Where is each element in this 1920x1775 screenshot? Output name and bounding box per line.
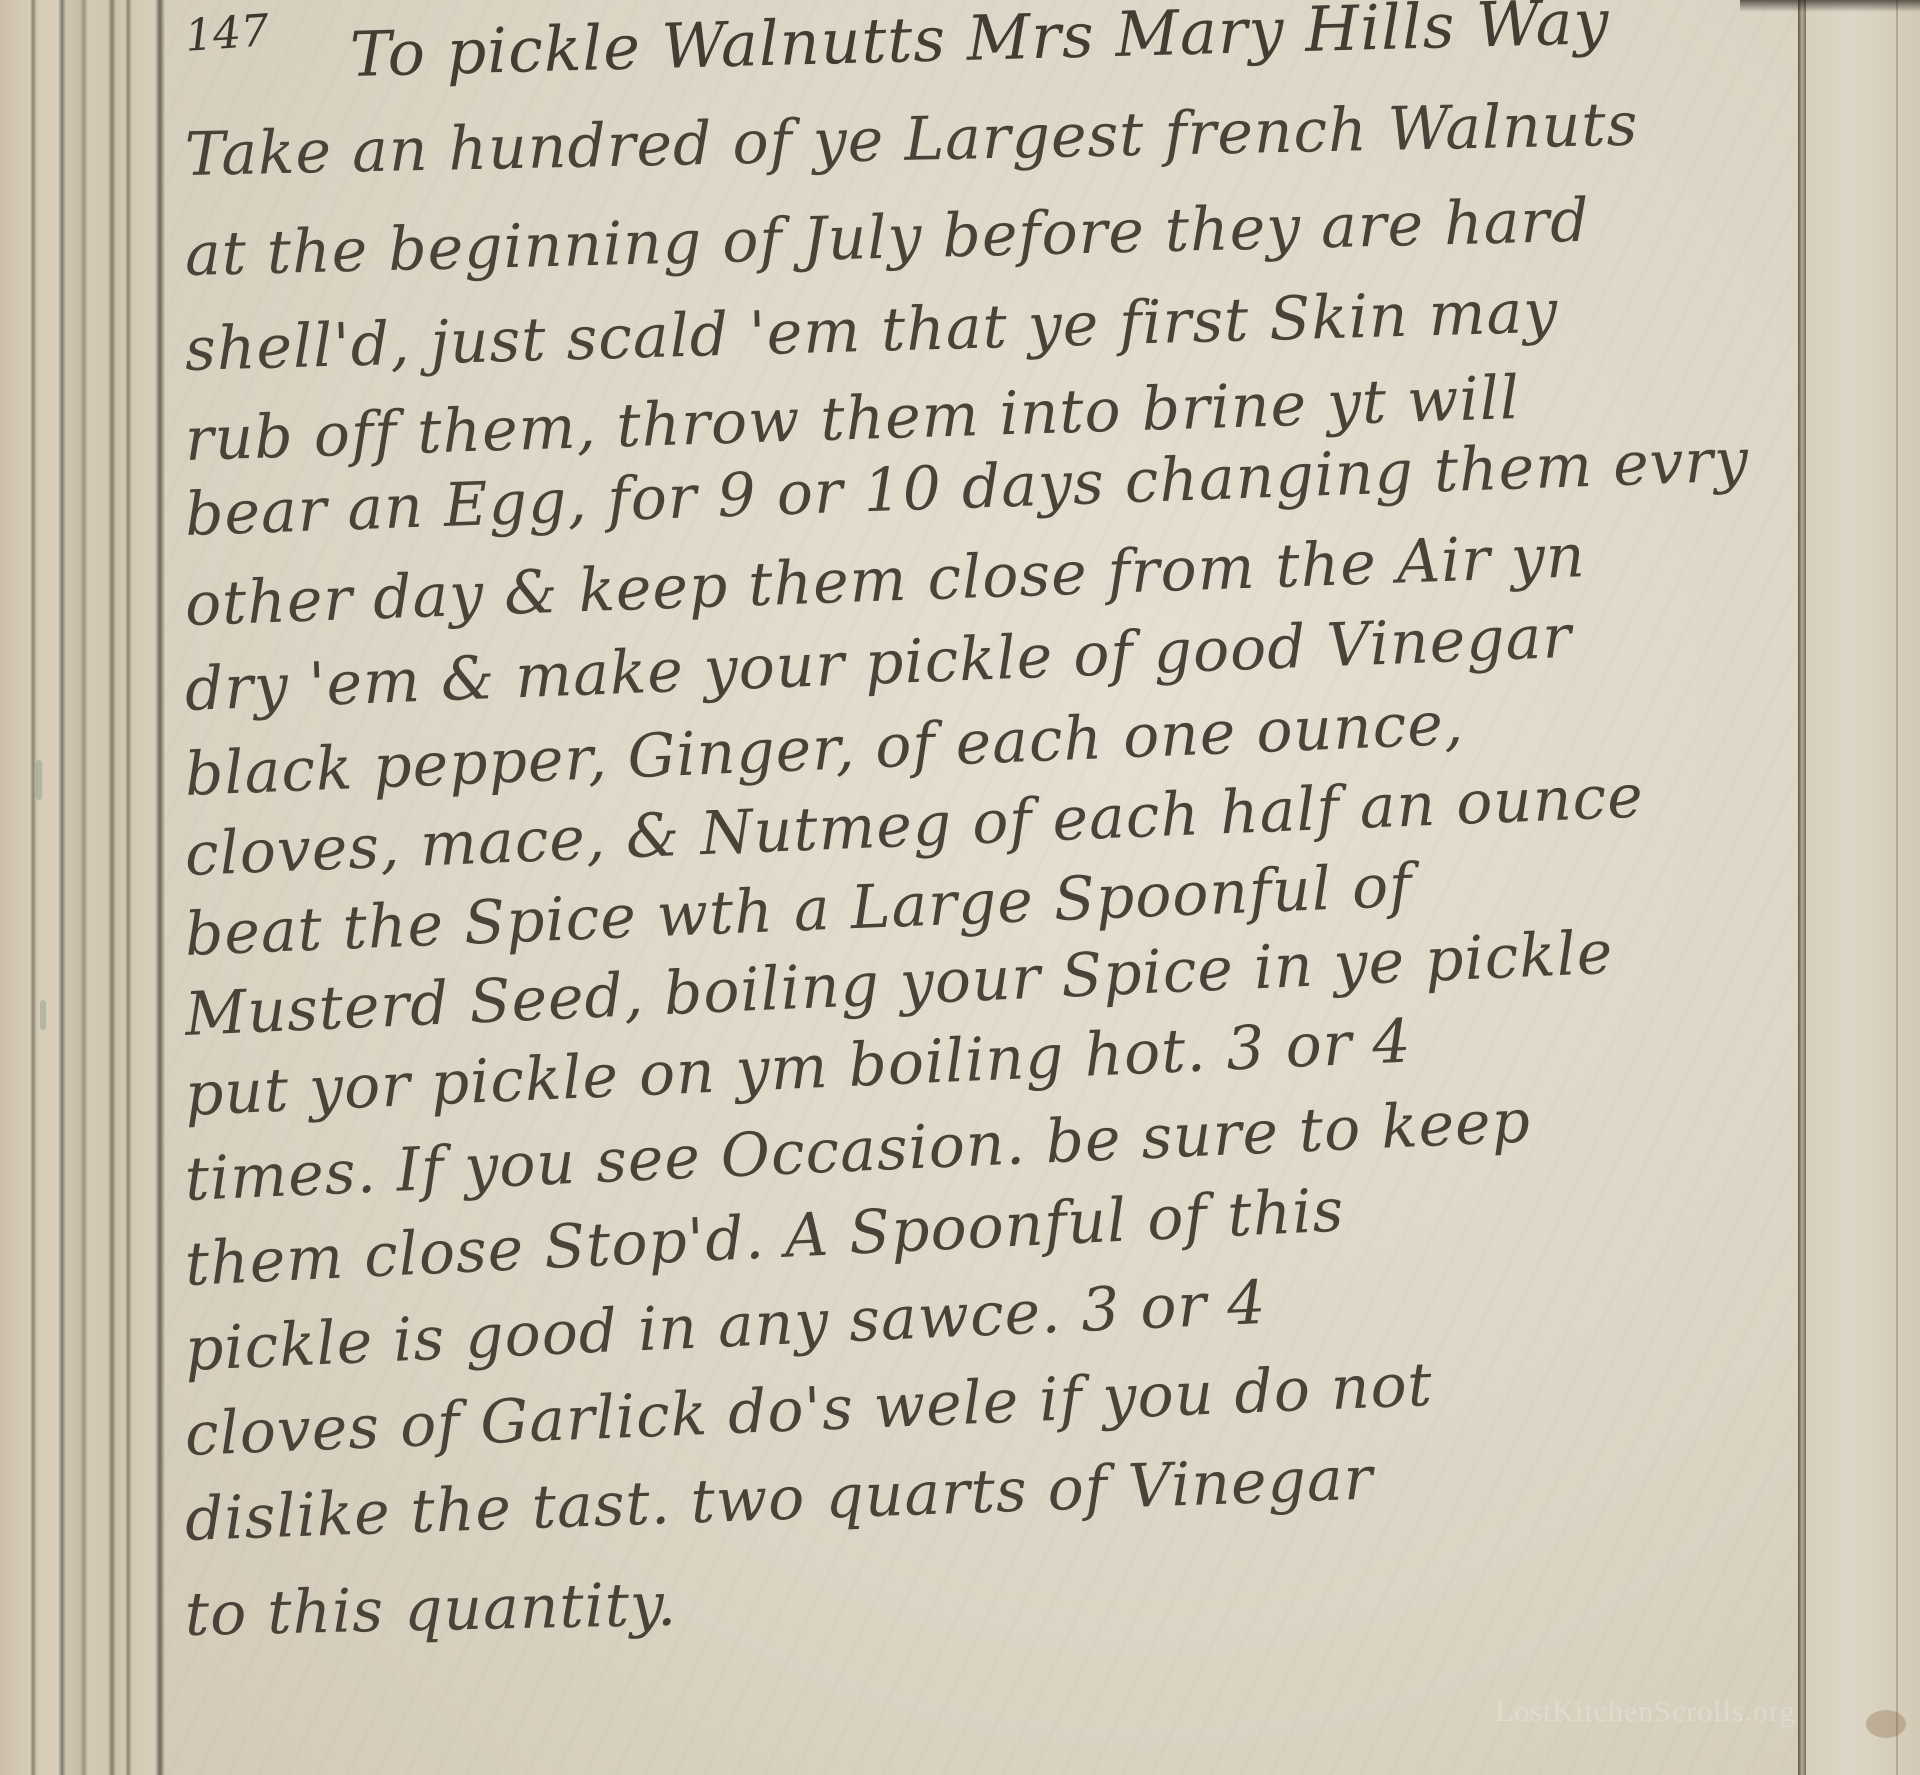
page-gutter bbox=[1798, 0, 1806, 1775]
top-shadow bbox=[1740, 0, 1920, 12]
binding-stain bbox=[36, 760, 42, 800]
page-number: 147 bbox=[183, 5, 270, 62]
book-binding-edges bbox=[0, 0, 165, 1775]
watermark: LostKitchenScrolls.org bbox=[1495, 1695, 1796, 1729]
paper-stain bbox=[1866, 1710, 1906, 1738]
adjacent-page-edge bbox=[1806, 0, 1920, 1775]
adjacent-page-line bbox=[1896, 0, 1898, 1775]
manuscript-scan: 147 To pickle Walnutts Mrs Mary Hills Wa… bbox=[0, 0, 1920, 1775]
recipe-line: to this quantity. bbox=[184, 1570, 677, 1650]
binding-stain bbox=[40, 1000, 46, 1030]
